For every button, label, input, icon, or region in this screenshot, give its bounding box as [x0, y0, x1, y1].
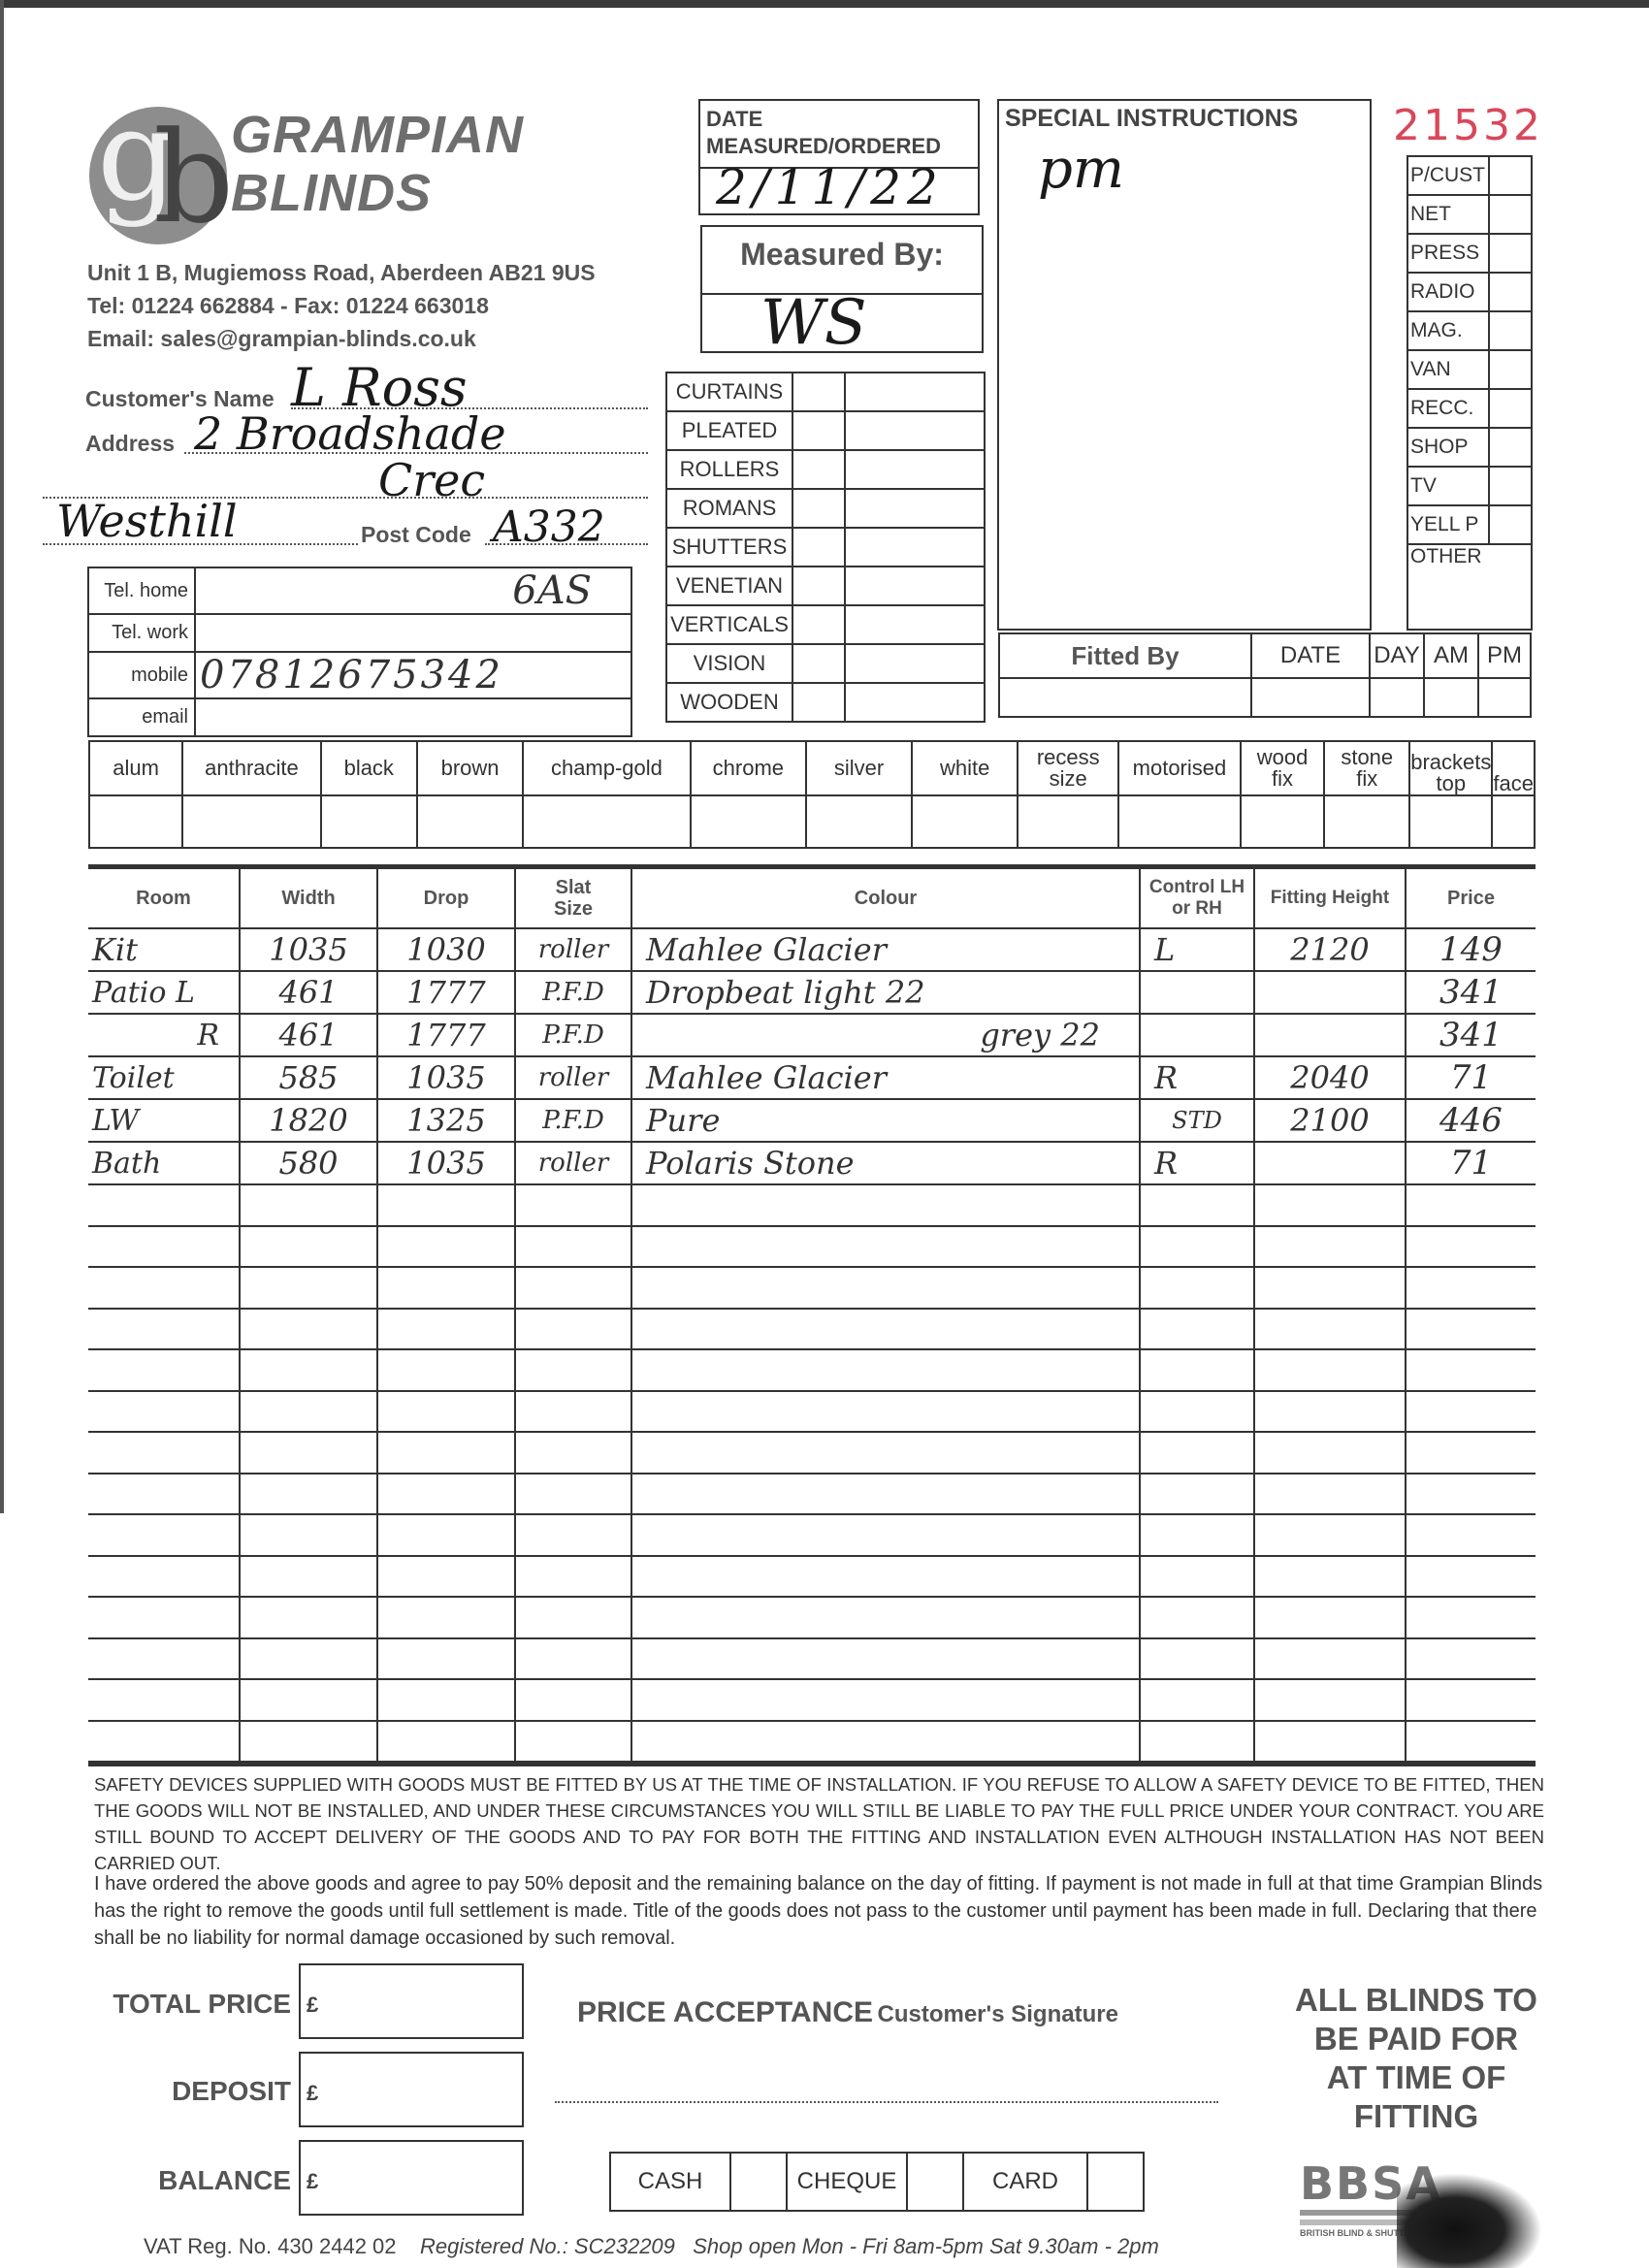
order-fitting-height[interactable]: 2100 — [1254, 1099, 1406, 1142]
order-cell-empty[interactable] — [1254, 1432, 1406, 1474]
order-cell-empty[interactable] — [1406, 1597, 1536, 1638]
deposit-field[interactable]: £ — [299, 2052, 524, 2127]
order-cell-empty[interactable] — [1140, 1184, 1254, 1226]
payment-cheque-label: CHEQUE — [787, 2153, 907, 2211]
source-check-radio[interactable] — [1489, 273, 1532, 311]
scan-ink-smudge — [1397, 2173, 1542, 2268]
option-check-stone-fix[interactable] — [1324, 795, 1409, 848]
option-check-motorised[interactable] — [1118, 795, 1241, 848]
order-row-empty — [88, 1721, 1536, 1763]
option-check-chrome[interactable] — [691, 795, 806, 848]
currency-symbol: £ — [307, 1993, 318, 2017]
order-cell-empty[interactable] — [88, 1349, 240, 1391]
order-row-empty — [88, 1597, 1536, 1638]
order-cell-empty[interactable] — [515, 1309, 631, 1350]
order-table-empty-rows — [88, 1184, 1536, 1762]
product-check-shutters[interactable] — [792, 528, 845, 567]
order-cell-empty[interactable] — [240, 1474, 377, 1515]
order-row-empty — [88, 1556, 1536, 1598]
order-cell-empty[interactable] — [1140, 1226, 1254, 1268]
order-cell-empty[interactable] — [515, 1721, 631, 1763]
order-cell-empty[interactable] — [240, 1391, 377, 1433]
order-control[interactable]: L — [1140, 928, 1254, 971]
order-table-bottom-rule — [88, 1763, 1536, 1766]
order-cell-empty[interactable] — [1140, 1432, 1254, 1474]
order-row-empty — [88, 1349, 1536, 1391]
balance-field[interactable]: £ — [299, 2140, 524, 2216]
order-cell-empty[interactable] — [1254, 1679, 1406, 1721]
option-check-silver[interactable] — [806, 795, 912, 848]
date-label-line2: MEASURED/ORDERED — [706, 134, 941, 159]
option-champ-gold: champ-gold — [523, 741, 691, 795]
order-cell-empty[interactable] — [377, 1391, 515, 1433]
customer-signature-line[interactable] — [555, 2101, 1218, 2103]
order-row: Toilet 585 1035 roller Mahlee Glacier R … — [88, 1056, 1536, 1099]
order-width[interactable]: 580 — [240, 1142, 377, 1184]
order-cell-empty[interactable] — [1254, 1349, 1406, 1391]
scan-edge-top — [0, 0, 1649, 8]
payment-notice-line3: AT TIME OF — [1256, 2058, 1576, 2097]
order-colour[interactable]: Pure — [631, 1099, 1140, 1142]
product-check-verticals[interactable] — [792, 605, 845, 644]
order-cell-empty[interactable] — [88, 1679, 240, 1721]
order-cell-empty[interactable] — [515, 1556, 631, 1598]
product-check-venetian[interactable] — [792, 567, 845, 605]
order-colour[interactable]: Polaris Stone — [631, 1142, 1140, 1184]
order-price[interactable]: 446 — [1406, 1099, 1536, 1142]
order-cell-empty[interactable] — [631, 1226, 1140, 1268]
order-cell-empty[interactable] — [377, 1474, 515, 1515]
date-measured-box: DATE MEASURED/ORDERED 2/11/22 — [698, 99, 980, 215]
order-cell-empty[interactable] — [631, 1679, 1140, 1721]
order-cell-empty[interactable] — [88, 1474, 240, 1515]
order-control[interactable]: STD — [1140, 1099, 1254, 1142]
product-qty-venetian[interactable] — [845, 567, 985, 605]
order-slat-size[interactable]: P.F.D — [515, 1014, 631, 1056]
order-cell-empty[interactable] — [1140, 1514, 1254, 1556]
order-width[interactable]: 461 — [240, 971, 377, 1014]
order-row-empty — [88, 1391, 1536, 1433]
order-cell-empty[interactable] — [1406, 1556, 1536, 1598]
order-cell-empty[interactable] — [1140, 1638, 1254, 1680]
order-cell-empty[interactable] — [1140, 1679, 1254, 1721]
total-price-field[interactable]: £ — [299, 1963, 524, 2039]
order-row-empty — [88, 1267, 1536, 1309]
fitted-am-field[interactable] — [1424, 678, 1478, 717]
order-slat-size[interactable]: P.F.D — [515, 1099, 631, 1142]
order-cell-empty[interactable] — [631, 1721, 1140, 1763]
order-cell-empty[interactable] — [1406, 1309, 1536, 1350]
tel-work-field[interactable] — [195, 614, 631, 652]
fitted-pm-label: PM — [1478, 633, 1531, 678]
measured-by-box: Measured By: WS — [700, 225, 984, 353]
order-cell-empty[interactable] — [1254, 1184, 1406, 1226]
product-qty-curtains[interactable] — [845, 373, 985, 411]
order-fitting-height[interactable] — [1254, 1142, 1406, 1184]
order-cell-empty[interactable] — [1406, 1184, 1536, 1226]
order-price[interactable]: 341 — [1406, 971, 1536, 1014]
order-cell-empty[interactable] — [631, 1309, 1140, 1350]
order-row: LW 1820 1325 P.F.D Pure STD 2100 446 — [88, 1099, 1536, 1142]
payment-terms-text: I have ordered the above goods and agree… — [94, 1870, 1544, 1952]
order-cell-empty[interactable] — [377, 1679, 515, 1721]
order-room[interactable]: LW — [88, 1099, 240, 1142]
order-price[interactable]: 71 — [1406, 1142, 1536, 1184]
order-cell-empty[interactable] — [1140, 1391, 1254, 1433]
order-drop[interactable]: 1777 — [377, 1014, 515, 1056]
product-check-romans[interactable] — [792, 489, 845, 528]
postcode-field[interactable]: A332 — [493, 502, 605, 552]
source-check-shop[interactable] — [1489, 428, 1532, 467]
order-cell-empty[interactable] — [1140, 1721, 1254, 1763]
order-row-empty — [88, 1432, 1536, 1474]
order-cell-empty[interactable] — [631, 1514, 1140, 1556]
special-instructions-box: SPECIAL INSTRUCTIONS pm — [997, 99, 1372, 631]
order-price[interactable]: 71 — [1406, 1056, 1536, 1099]
option-silver: silver — [806, 741, 912, 795]
order-drop[interactable]: 1035 — [377, 1142, 515, 1184]
option-white: white — [912, 741, 1018, 795]
order-cell-empty[interactable] — [240, 1679, 377, 1721]
product-type-table: CURTAINS PLEATED ROLLERS ROMANS SHUTTERS… — [665, 372, 986, 723]
order-fitting-height[interactable]: 2120 — [1254, 928, 1406, 971]
order-room[interactable]: Bath — [88, 1142, 240, 1184]
order-cell-empty[interactable] — [631, 1184, 1140, 1226]
order-cell-empty[interactable] — [240, 1638, 377, 1680]
order-cell-empty[interactable] — [1254, 1309, 1406, 1350]
order-cell-empty[interactable] — [631, 1432, 1140, 1474]
order-cell-empty[interactable] — [515, 1597, 631, 1638]
order-table-header: Room Width Drop Slat Size Colour Control… — [88, 868, 1536, 928]
order-cell-empty[interactable] — [515, 1432, 631, 1474]
safety-terms-text: Safety devices supplied with goods must … — [94, 1771, 1544, 1876]
payment-card-check[interactable] — [1087, 2153, 1144, 2211]
company-email: Email: sales@grampian-blinds.co.uk — [87, 326, 476, 352]
order-colour[interactable]: grey 22 — [631, 1014, 1140, 1056]
source-check-recc[interactable] — [1489, 389, 1532, 428]
source-mag: MAG. — [1407, 311, 1489, 350]
payment-method-table: CASH CHEQUE CARD — [609, 2152, 1145, 2212]
price-acceptance-title: PRICE ACCEPTANCE — [577, 1996, 873, 2028]
order-cell-empty[interactable] — [377, 1226, 515, 1268]
order-cell-empty[interactable] — [1406, 1474, 1536, 1515]
source-radio: RADIO — [1407, 273, 1489, 311]
order-cell-empty[interactable] — [515, 1391, 631, 1433]
order-cell-empty[interactable] — [88, 1309, 240, 1350]
order-colour[interactable]: Dropbeat light 22 — [631, 971, 1140, 1014]
order-row-empty — [88, 1184, 1536, 1226]
order-row: Patio L 461 1777 P.F.D Dropbeat light 22… — [88, 971, 1536, 1014]
order-cell-empty[interactable] — [1406, 1514, 1536, 1556]
product-qty-verticals[interactable] — [845, 605, 985, 644]
tel-home-label: Tel. home — [88, 567, 195, 614]
email-field[interactable] — [195, 698, 631, 736]
order-cell-empty[interactable] — [377, 1432, 515, 1474]
footer: VAT Reg. No. 430 2442 02 Registered No.:… — [144, 2234, 1159, 2259]
order-cell-empty[interactable] — [377, 1514, 515, 1556]
order-cell-empty[interactable] — [240, 1267, 377, 1309]
source-check-pcust[interactable] — [1489, 156, 1532, 195]
order-control[interactable] — [1140, 1014, 1254, 1056]
source-checklist: P/CUST NET PRESS RADIO MAG. VAN RECC. SH… — [1406, 155, 1533, 631]
price-acceptance-subtitle: Customer's Signature — [877, 2001, 1117, 2027]
order-cell-empty[interactable] — [1406, 1267, 1536, 1309]
order-cell-empty[interactable] — [1406, 1391, 1536, 1433]
order-cell-empty[interactable] — [1140, 1267, 1254, 1309]
source-check-van[interactable] — [1489, 350, 1532, 389]
source-press: PRESS — [1407, 234, 1489, 273]
order-cell-empty[interactable] — [88, 1597, 240, 1638]
order-cell-empty[interactable] — [88, 1226, 240, 1268]
payment-cheque-check[interactable] — [907, 2153, 963, 2211]
order-cell-empty[interactable] — [1406, 1721, 1536, 1763]
source-check-net[interactable] — [1489, 195, 1532, 234]
order-cell-empty[interactable] — [515, 1679, 631, 1721]
order-cell-empty[interactable] — [1140, 1349, 1254, 1391]
option-check-recess-size[interactable] — [1018, 795, 1118, 848]
product-qty-rollers[interactable] — [845, 450, 985, 489]
order-cell-empty[interactable] — [377, 1638, 515, 1680]
order-fitting-height[interactable] — [1254, 971, 1406, 1014]
date-measured-field[interactable]: 2/11/22 — [716, 159, 944, 215]
contact-table: Tel. home 6AS Tel. work mobile 078126753… — [87, 567, 632, 737]
product-check-wooden[interactable] — [792, 683, 845, 722]
contact-row-home: Tel. home 6AS — [88, 567, 631, 614]
order-cell-empty[interactable] — [1254, 1556, 1406, 1598]
order-cell-empty[interactable] — [1254, 1226, 1406, 1268]
form-serial-number: 21532 — [1393, 101, 1543, 150]
order-slat-size[interactable]: roller — [515, 1142, 631, 1184]
order-cell-empty[interactable] — [1406, 1679, 1536, 1721]
footer-hours: Shop open Mon - Fri 8am-5pm Sat 9.30am -… — [693, 2234, 1159, 2258]
order-cell-empty[interactable] — [240, 1349, 377, 1391]
order-drop[interactable]: 1325 — [377, 1099, 515, 1142]
email-label: email — [88, 698, 195, 736]
product-qty-wooden[interactable] — [845, 683, 985, 722]
option-check-brown[interactable] — [417, 795, 523, 848]
order-room[interactable]: Kit — [88, 928, 240, 971]
order-cell-empty[interactable] — [515, 1226, 631, 1268]
order-price[interactable]: 149 — [1406, 928, 1536, 971]
order-cell-empty[interactable] — [240, 1184, 377, 1226]
order-fitting-height[interactable] — [1254, 1014, 1406, 1056]
option-check-champ-gold[interactable] — [523, 795, 691, 848]
tel-work-label: Tel. work — [88, 614, 195, 652]
payment-notice-line1: ALL BLINDS TO — [1256, 1981, 1576, 2020]
product-type-wooden: WOODEN — [666, 683, 792, 722]
order-cell-empty[interactable] — [240, 1556, 377, 1598]
address-field-line1[interactable]: 2 Broadshade — [194, 407, 506, 460]
order-room[interactable]: Toilet — [88, 1056, 240, 1099]
fitted-date-field[interactable] — [1251, 678, 1370, 717]
order-slat-size[interactable]: roller — [515, 928, 631, 971]
order-room[interactable]: R — [88, 1014, 240, 1056]
order-drop[interactable]: 1777 — [377, 971, 515, 1014]
source-check-tv[interactable] — [1489, 467, 1532, 505]
option-check-brackets-face[interactable] — [1492, 795, 1535, 848]
order-cell-empty[interactable] — [377, 1556, 515, 1598]
special-instructions-field[interactable]: pm — [1038, 138, 1124, 201]
order-cell-empty[interactable] — [631, 1474, 1140, 1515]
order-cell-empty[interactable] — [1254, 1514, 1406, 1556]
order-cell-empty[interactable] — [1406, 1638, 1536, 1680]
order-cell-empty[interactable] — [377, 1309, 515, 1350]
product-qty-romans[interactable] — [845, 489, 985, 528]
order-cell-empty[interactable] — [1140, 1309, 1254, 1350]
order-cell-empty[interactable] — [515, 1638, 631, 1680]
order-slat-size[interactable]: P.F.D — [515, 971, 631, 1014]
order-cell-empty[interactable] — [1406, 1226, 1536, 1268]
order-cell-empty[interactable] — [240, 1226, 377, 1268]
logo-letter-b: b — [153, 114, 234, 241]
order-drop[interactable]: 1035 — [377, 1056, 515, 1099]
product-check-pleated[interactable] — [792, 411, 845, 450]
order-price[interactable]: 341 — [1406, 1014, 1536, 1056]
order-cell-empty[interactable] — [1254, 1391, 1406, 1433]
source-pcust: P/CUST — [1407, 156, 1489, 195]
order-cell-empty[interactable] — [631, 1349, 1140, 1391]
source-van: VAN — [1407, 350, 1489, 389]
source-check-mag[interactable] — [1489, 311, 1532, 350]
order-cell-empty[interactable] — [1140, 1474, 1254, 1515]
measured-by-field[interactable]: WS — [760, 287, 867, 359]
mobile-label: mobile — [88, 652, 195, 698]
order-control[interactable]: R — [1140, 1142, 1254, 1184]
order-room[interactable]: Patio L — [88, 971, 240, 1014]
source-shop: SHOP — [1407, 428, 1489, 467]
source-check-yellp[interactable] — [1489, 505, 1532, 544]
fitted-day-field[interactable] — [1370, 678, 1424, 717]
order-cell-empty[interactable] — [240, 1721, 377, 1763]
order-width[interactable]: 1035 — [240, 928, 377, 971]
option-check-anthracite[interactable] — [182, 795, 320, 848]
address-label: Address — [85, 431, 175, 457]
order-cell-empty[interactable] — [1140, 1597, 1254, 1638]
order-cell-empty[interactable] — [631, 1267, 1140, 1309]
contact-row-mobile: mobile 07812675342 — [88, 652, 631, 698]
order-cell-empty[interactable] — [377, 1267, 515, 1309]
postcode-label: Post Code — [361, 522, 471, 548]
order-cell-empty[interactable] — [1140, 1556, 1254, 1598]
order-cell-empty[interactable] — [515, 1349, 631, 1391]
order-width[interactable]: 461 — [240, 1014, 377, 1056]
order-slat-size[interactable]: roller — [515, 1056, 631, 1099]
product-check-curtains[interactable] — [792, 373, 845, 411]
option-check-white[interactable] — [912, 795, 1018, 848]
order-cell-empty[interactable] — [377, 1597, 515, 1638]
source-tv: TV — [1407, 467, 1489, 505]
order-cell-empty[interactable] — [515, 1267, 631, 1309]
order-cell-empty[interactable] — [88, 1391, 240, 1433]
order-cell-empty[interactable] — [377, 1184, 515, 1226]
deposit-label: DEPOSIT — [97, 2076, 291, 2107]
order-cell-empty[interactable] — [240, 1597, 377, 1638]
order-cell-empty[interactable] — [1254, 1638, 1406, 1680]
order-cell-empty[interactable] — [377, 1349, 515, 1391]
currency-symbol: £ — [307, 2081, 318, 2105]
product-check-vision[interactable] — [792, 644, 845, 683]
options-table: alum anthracite black brown champ-gold c… — [88, 740, 1536, 849]
option-check-brackets-top[interactable] — [1409, 795, 1492, 848]
order-control[interactable]: R — [1140, 1056, 1254, 1099]
company-name-line1: GRAMPIAN — [231, 105, 524, 165]
order-cell-empty[interactable] — [515, 1474, 631, 1515]
product-check-rollers[interactable] — [792, 450, 845, 489]
order-cell-empty[interactable] — [1254, 1267, 1406, 1309]
order-cell-empty[interactable] — [1254, 1597, 1406, 1638]
order-cell-empty[interactable] — [631, 1556, 1140, 1598]
order-cell-empty[interactable] — [631, 1391, 1140, 1433]
order-cell-empty[interactable] — [88, 1514, 240, 1556]
col-width: Width — [240, 868, 377, 928]
order-cell-empty[interactable] — [88, 1721, 240, 1763]
order-cell-empty[interactable] — [88, 1556, 240, 1598]
order-cell-empty[interactable] — [377, 1721, 515, 1763]
option-check-wood-fix[interactable] — [1241, 795, 1325, 848]
option-stone-fix: stone fix — [1324, 741, 1409, 795]
payment-cash-check[interactable] — [730, 2153, 787, 2211]
date-label-line1: DATE — [706, 107, 762, 132]
order-fitting-height[interactable]: 2040 — [1254, 1056, 1406, 1099]
order-cell-empty[interactable] — [240, 1432, 377, 1474]
order-cell-empty[interactable] — [631, 1597, 1140, 1638]
order-colour[interactable]: Mahlee Glacier — [631, 1056, 1140, 1099]
fitted-by-field[interactable] — [999, 678, 1251, 717]
measured-by-label: Measured By: — [702, 237, 982, 273]
order-cell-empty[interactable] — [88, 1432, 240, 1474]
order-cell-empty[interactable] — [1406, 1432, 1536, 1474]
product-type-rollers: ROLLERS — [666, 450, 792, 489]
product-type-shutters: SHUTTERS — [666, 528, 792, 567]
product-qty-pleated[interactable] — [845, 411, 985, 450]
order-width[interactable]: 1820 — [240, 1099, 377, 1142]
order-cell-empty[interactable] — [1406, 1349, 1536, 1391]
order-cell-empty[interactable] — [88, 1184, 240, 1226]
order-row: Bath 580 1035 roller Polaris Stone R 71 — [88, 1142, 1536, 1184]
fitted-pm-field[interactable] — [1478, 678, 1531, 717]
order-cell-empty[interactable] — [88, 1638, 240, 1680]
tel-home-field[interactable]: 6AS — [195, 567, 631, 614]
order-control[interactable] — [1140, 971, 1254, 1014]
order-cell-empty[interactable] — [1254, 1474, 1406, 1515]
mobile-field[interactable]: 07812675342 — [195, 652, 631, 698]
option-check-alum[interactable] — [89, 795, 182, 848]
fitted-day-label: DAY — [1370, 633, 1424, 678]
order-colour[interactable]: Mahlee Glacier — [631, 928, 1140, 971]
col-slat-size: Slat Size — [515, 868, 631, 928]
order-cell-empty[interactable] — [240, 1514, 377, 1556]
order-cell-empty[interactable] — [240, 1309, 377, 1350]
source-check-press[interactable] — [1489, 234, 1532, 273]
col-price: Price — [1406, 868, 1536, 928]
option-check-black[interactable] — [321, 795, 417, 848]
order-cell-empty[interactable] — [631, 1638, 1140, 1680]
order-cell-empty[interactable] — [515, 1184, 631, 1226]
product-qty-vision[interactable] — [845, 644, 985, 683]
payment-notice: ALL BLINDS TO BE PAID FOR AT TIME OF FIT… — [1256, 1981, 1576, 2136]
order-cell-empty[interactable] — [1254, 1721, 1406, 1763]
address-field-line3[interactable]: Westhill — [56, 495, 238, 547]
order-cell-empty[interactable] — [515, 1514, 631, 1556]
order-drop[interactable]: 1030 — [377, 928, 515, 971]
order-row-empty — [88, 1679, 1536, 1721]
contact-row-work: Tel. work — [88, 614, 631, 652]
product-qty-shutters[interactable] — [845, 528, 985, 567]
source-other[interactable]: OTHER — [1407, 544, 1532, 630]
payment-notice-line4: FITTING — [1256, 2097, 1576, 2136]
order-width[interactable]: 585 — [240, 1056, 377, 1099]
order-cell-empty[interactable] — [88, 1267, 240, 1309]
